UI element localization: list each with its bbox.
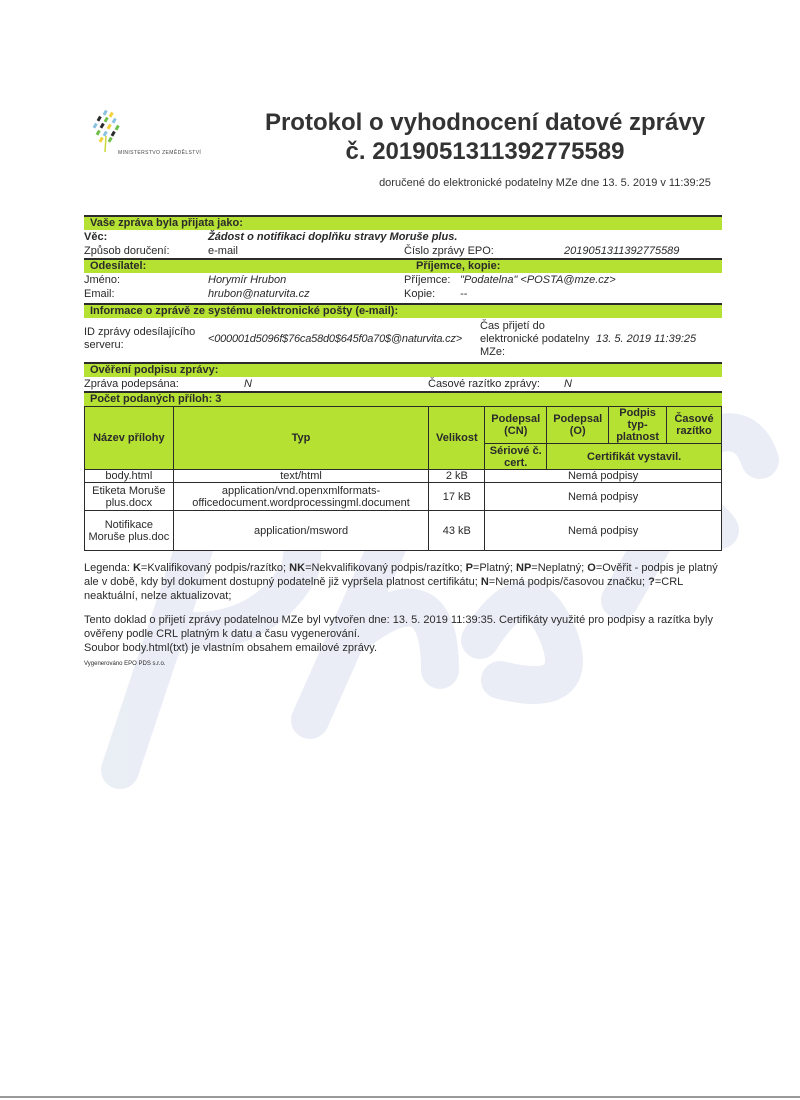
col-issuer: Certifikát vystavil. (547, 444, 722, 470)
message-id-value: <000001d5096f$76ca58d0$645f0a70$@naturvi… (208, 333, 480, 346)
recipient-heading: Příjemce, kopie: (410, 260, 500, 273)
page-title: Protokol o vyhodnocení datové zprávy č. … (250, 108, 720, 166)
section-email-info-heading: Informace o zprávě ze systému elektronic… (84, 303, 722, 318)
email-row: Email: hrubon@naturvita.cz Kopie: -- (84, 287, 722, 301)
legend-key: K (133, 562, 141, 574)
epo-label: Číslo zprávy EPO: (404, 244, 564, 258)
name-value: Horymír Hrubon (208, 273, 404, 287)
legend-text: =Kvalifikovaný podpis/razítko; (141, 562, 289, 574)
attachment-size: 17 kB (429, 483, 485, 511)
legend-key: NP (516, 562, 531, 574)
attachment-signature-status: Nemá podpisy (485, 483, 722, 511)
attachment-name[interactable]: Etiketa Moruše plus.docx (85, 483, 174, 511)
col-signed-cn: Podepsal (CN) (485, 407, 547, 444)
receipt-time-value: 13. 5. 2019 11:39:25 (596, 333, 696, 346)
legend-text: =Nemá podpis/časovou značku; (489, 576, 648, 588)
stamp-value: N (564, 377, 572, 391)
ministry-logo: MINISTERSTVO ZEMĚDĚLSTVÍ (88, 108, 228, 163)
col-sig-type: Podpis typ- platnost (609, 407, 667, 444)
legend-key: N (481, 576, 489, 588)
legend-text: =Neplatný; (531, 562, 587, 574)
to-label: Příjemce: (404, 273, 460, 287)
legend-items: K=Kvalifikovaný podpis/razítko; NK=Nekva… (84, 562, 718, 602)
attachment-size: 2 kB (429, 470, 485, 483)
title-line-1: Protokol o vyhodnocení datové zprávy (250, 108, 720, 137)
col-timestamp: Časové razítko (667, 407, 722, 444)
email-value[interactable]: hrubon@naturvita.cz (208, 287, 404, 301)
email-label: Email: (84, 287, 208, 301)
logo-text: MINISTERSTVO ZEMĚDĚLSTVÍ (118, 150, 201, 156)
message-id-label: ID zprávy odesílajícího serveru: (84, 326, 208, 352)
legend-text: =Platný; (473, 562, 516, 574)
tree-logo-icon (88, 108, 128, 154)
cc-value: -- (460, 287, 467, 301)
note-line-1: Tento doklad o přijetí zprávy podatelnou… (84, 613, 724, 641)
delivery-row: Způsob doručení: e-mail Číslo zprávy EPO… (84, 244, 722, 258)
signed-value: N (244, 377, 428, 391)
section-received-heading: Vaše zpráva byla přijata jako: (84, 215, 722, 230)
col-size: Velikost (429, 407, 485, 470)
legend-key: O (587, 562, 596, 574)
title-line-2: č. 2019051311392775589 (250, 137, 720, 166)
legend-prefix: Legenda: (84, 562, 133, 574)
signature-row: Zpráva podepsána: N Časové razítko zpráv… (84, 377, 722, 391)
delivery-info: doručené do elektronické podatelny MZe d… (250, 177, 800, 189)
sender-heading: Odesílatel: (84, 260, 410, 273)
page-edge-line (0, 1096, 800, 1098)
attachment-name[interactable]: body.html (85, 470, 174, 483)
legend-key: NK (289, 562, 305, 574)
epo-value: 2019051311392775589 (564, 244, 679, 258)
col-signed-o: Podepsal (O) (547, 407, 609, 444)
section-signature-heading: Ověření podpisu zprávy: (84, 362, 722, 377)
subject-label: Věc: (84, 230, 208, 244)
legend-key: P (466, 562, 473, 574)
email-info-row: ID zprávy odesílajícího serveru: <000001… (84, 318, 722, 360)
col-type: Typ (173, 407, 429, 470)
receipt-time-label: Čas přijetí do elektronické podatelny MZ… (480, 320, 596, 359)
attachment-signature-status: Nemá podpisy (485, 470, 722, 483)
legend: Legenda: K=Kvalifikovaný podpis/razítko;… (84, 561, 724, 603)
table-row: body.html text/html 2 kB Nemá podpisy (85, 470, 722, 483)
receipt-note: Tento doklad o přijetí zprávy podatelnou… (84, 613, 724, 655)
table-row: Notifikace Moruše plus.doc application/m… (85, 511, 722, 551)
protocol-body: Vaše zpráva byla přijata jako: Věc: Žádo… (84, 215, 722, 551)
generated-by: Vygenerováno EPO PDS s.r.o. (84, 661, 166, 667)
delivery-value: e-mail (208, 244, 404, 258)
signed-label: Zpráva podepsána: (84, 377, 244, 391)
table-header-row: Název přílohy Typ Velikost Podepsal (CN)… (85, 407, 722, 444)
legend-text: =Nekvalifikovaný podpis/razítko; (305, 562, 466, 574)
legend-key: ? (648, 576, 655, 588)
stamp-label: Časové razítko zprávy: (428, 377, 564, 391)
attachment-name[interactable]: Notifikace Moruše plus.doc (85, 511, 174, 551)
table-row: Etiketa Moruše plus.docx application/vnd… (85, 483, 722, 511)
attachments-table: Název přílohy Typ Velikost Podepsal (CN)… (84, 406, 722, 551)
col-name: Název přílohy (85, 407, 174, 470)
name-row: Jméno: Horymír Hrubon Příjemce: "Podatel… (84, 273, 722, 287)
subject-row: Věc: Žádost o notifikaci doplňku stravy … (84, 230, 722, 244)
note-line-2: Soubor body.html(txt) je vlastním obsahe… (84, 641, 724, 655)
protocol-page: MINISTERSTVO ZEMĚDĚLSTVÍ Protokol o vyho… (0, 0, 800, 1100)
attachment-type: application/vnd.openxmlformats-officedoc… (173, 483, 429, 511)
name-label: Jméno: (84, 273, 208, 287)
section-attachments-heading: Počet podaných příloh: 3 (84, 391, 722, 406)
section-sender-recipient-heading: Odesílatel: Příjemce, kopie: (84, 258, 722, 273)
attachment-signature-status: Nemá podpisy (485, 511, 722, 551)
subject-value: Žádost o notifikaci doplňku stravy Moruš… (208, 230, 457, 244)
col-serial: Sériové č. cert. (485, 444, 547, 470)
attachment-size: 43 kB (429, 511, 485, 551)
attachment-type: text/html (173, 470, 429, 483)
cc-label: Kopie: (404, 287, 460, 301)
delivery-label: Způsob doručení: (84, 244, 208, 258)
attachment-type: application/msword (173, 511, 429, 551)
to-value: "Podatelna" <POSTA@mze.cz> (460, 273, 616, 287)
